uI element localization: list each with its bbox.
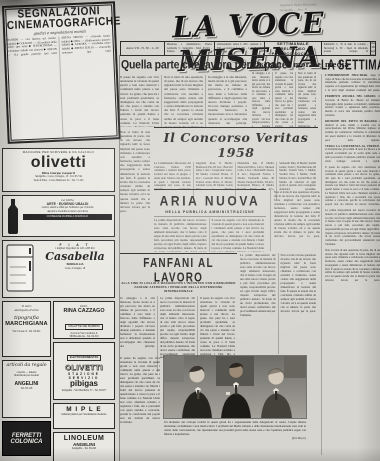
settimana-extra: Le prime disposizioni del nuovo Governo … bbox=[325, 209, 380, 246]
elettro-address: Senigallia - Via Marchetti, 57 - Tel. 63… bbox=[56, 389, 112, 393]
settimana-text: si moltiplicano gli scambi di note fra M… bbox=[325, 148, 380, 162]
marchigiana-name: MARCHIGIANA bbox=[5, 321, 48, 327]
sidebar-ads: SEGNALAZIONI CINEMATOGRAFICHE giudizi e … bbox=[2, 6, 117, 461]
advertising-info: Pubblicità: L. 35 al mm. di colonna - Ne… bbox=[322, 42, 371, 55]
pibigas-brand: pibigas bbox=[56, 380, 112, 389]
main-area: Segreteria Opera Diocesana Senigallia — … bbox=[120, 0, 378, 461]
article-pace-continuation: Non si tratta di una questione di parte,… bbox=[120, 130, 150, 250]
administration-info: Direzione e Amministraz.: Piazza Garibal… bbox=[165, 42, 215, 55]
cazzago-line-2: SENIGALLIA - Tel. 62.310 bbox=[56, 335, 112, 339]
aria-subtitle: NELLA PUBBLICA AMMINISTRAZIONE bbox=[154, 210, 266, 214]
article-osceno-col: In omaggio a sì alta missione, molta str… bbox=[252, 72, 272, 127]
marchigiana-line-2: stampato d'arte bbox=[5, 308, 48, 312]
elettro-header: ELETTRODOMESTICI bbox=[67, 355, 102, 361]
bottom-left-column: Il paese ha seguito con viva attenzione … bbox=[120, 356, 160, 455]
mid-columns: Le prime disposizioni del nuovo Governo … bbox=[240, 253, 318, 354]
sidebar-lower: Il vero stampato d'arte tipografia MARCH… bbox=[2, 301, 117, 461]
settimana-item: FERMENTI ANCORA NEL LIBANO. il Governo d… bbox=[325, 95, 380, 117]
regalo-line-3: biancheria per neonati bbox=[5, 374, 48, 378]
settimana-item: L'INSURREZIONE NELL'IRAK. dopo il colpo … bbox=[325, 74, 380, 93]
article-osceno-col: Il paese ha seguito con viva attenzione … bbox=[272, 72, 295, 127]
regalo-address: Tel. 63.118 bbox=[5, 387, 48, 391]
settimana-text: il Governo di Beirut ha chiesto ed otten… bbox=[325, 95, 380, 117]
ferretti-line-2: COLONICA bbox=[5, 439, 48, 445]
aria-col: Il paese ha seguito con viva attenzione … bbox=[209, 218, 267, 252]
settimana-item: VERSO LA CONFERENZA AL VERTICE. si molti… bbox=[325, 145, 380, 164]
settimana-item: RIUNIONE DEL PATTO DI BAGDAD. i ministri… bbox=[325, 120, 380, 142]
cinema-list-col: ARENA SPAZIO — «Giovani leoni» (adulti) … bbox=[58, 34, 116, 138]
newspaper-page: SEGNALAZIONI CINEMATOGRAFICHE giudizi e … bbox=[0, 0, 380, 461]
miple-line: laminati plastici per l'arredamento mode… bbox=[56, 413, 112, 417]
photo bbox=[164, 356, 306, 418]
article-osceno-col: Non si tratta di una questione di parte,… bbox=[295, 72, 318, 127]
linoleum-address: Senigallia - Tel. 63.245 bbox=[56, 447, 112, 451]
cazzago-specialty: MALATTIE DEI BAMBINI bbox=[65, 324, 102, 330]
article-pace-col: Non si tratta di una questione di parte,… bbox=[161, 75, 205, 127]
article-pace-columns: Il paese ha seguito con viva attenzione … bbox=[120, 75, 249, 127]
regalo-line-1: articoli da regalo bbox=[5, 363, 48, 369]
issue-date: Sabato 26 Luglio 1958 bbox=[371, 42, 376, 55]
issue-number: Anno VII - N. 30 - L. 20 bbox=[120, 42, 165, 55]
cinema-list-col: ROSSINI — «La finestra sul cortile» (adu… bbox=[7, 37, 62, 141]
settimana-lead: L'INSURREZIONE NELL'IRAK. bbox=[325, 74, 368, 77]
aria-col: Le prime disposizioni del nuovo Governo … bbox=[154, 218, 209, 252]
settimana-text: i ministri si sono riuniti a Londra con … bbox=[325, 120, 380, 142]
mid-col: Le prime disposizioni del nuovo Governo … bbox=[240, 253, 278, 354]
ad-miple: M I P L E laminati plastici per l'arreda… bbox=[53, 403, 115, 429]
veritas-title: Il Concorso Veritas 1958 bbox=[154, 128, 318, 162]
ad-rina-cazzago: Dott. RINA CAZZAGO MALATTIE DEI BAMBINI … bbox=[53, 301, 115, 339]
article-osceno-columns: In omaggio a sì alta missione, molta str… bbox=[252, 72, 318, 127]
subscription-info: Abbonamenti: annuo L. 600 - semestr. L. … bbox=[215, 42, 265, 55]
fanfani-block: FANFANI AL LAVORO ALLA FINE DI LUGLIO A … bbox=[120, 253, 237, 372]
settimana-extra: Il paese ha seguito con viva attenzione … bbox=[325, 166, 380, 207]
article-pace-col: In omaggio a sì alta missione, molta str… bbox=[205, 75, 249, 127]
aria-title: ARIA NUOVA bbox=[154, 190, 266, 209]
settimana-lead: VERSO LA CONFERENZA AL VERTICE. bbox=[325, 145, 380, 148]
settimana-column: L'INSURREZIONE NELL'IRAK. dopo il colpo … bbox=[321, 74, 380, 455]
aria-side-column: Non si tratta di una questione di parte,… bbox=[270, 190, 320, 251]
olivetti-brand: olivetti bbox=[5, 155, 112, 171]
ad-linoleum: LINOLEUM ANGELINI Senigallia - Tel. 63.2… bbox=[53, 432, 115, 461]
ad-ferretti: FERRETTI COLONICA bbox=[2, 421, 51, 456]
ad-tipografia-marchigiana: Il vero stampato d'arte tipografia MARCH… bbox=[2, 301, 51, 357]
masthead-infobar: Anno VII - N. 30 - L. 20 Direzione e Amm… bbox=[120, 41, 376, 56]
mid-col: Non si tratta di una questione di parte,… bbox=[278, 253, 319, 354]
casabella-address: Corso 2 Giugno, 18 bbox=[38, 267, 112, 271]
ad-articoli-regalo: articoli da regalo corredi — lanerie bia… bbox=[2, 360, 51, 418]
ad-elettrodomestici: ELETTRODOMESTICI OLIVETTI STAZIONE SERVI… bbox=[53, 342, 115, 400]
tagline-box: SETTIMANALE RELIGIOSO POLITICO SOCIALE bbox=[265, 42, 322, 55]
photo-figures bbox=[164, 356, 306, 418]
photo-caption-block: Un momento dei colloqui svoltisi in ques… bbox=[164, 421, 306, 440]
article-pace-col: Il paese ha seguito con viva attenzione … bbox=[120, 75, 161, 127]
settimana-lead: FERMENTI ANCORA NEL LIBANO. bbox=[325, 95, 376, 98]
linoleum-name: LINOLEUM bbox=[56, 435, 112, 442]
ad-arte-ubaldi: La Ditta ARTE · EUGENIO UBALDI vernici, … bbox=[2, 195, 115, 237]
tagline-1: SETTIMANALE RELIGIOSO bbox=[267, 42, 319, 51]
fanfani-subtitle-2: FANFANI AFFRONTA I PROBLEMI DELLA DISTEN… bbox=[120, 286, 237, 294]
arte-line-2: depositi e rivendite in tutta la provinc… bbox=[23, 210, 112, 214]
photo-credit: (foto Meyer) bbox=[164, 437, 306, 440]
bottle-icon bbox=[5, 198, 21, 234]
headline-settimana: LA SETTIMANA bbox=[321, 58, 380, 74]
ad-fiat-casabella: F I A T i migliori frigoriferi da 120 a … bbox=[2, 240, 115, 298]
settimana-lead: RIUNIONE DEL PATTO DI BAGDAD. bbox=[325, 120, 377, 123]
arte-bar: CONSEGNE RAPIDE A DOMICILIO bbox=[23, 214, 112, 220]
ad-olivetti: MACCHINE PER SCRIVERE E DA CALCOLO olive… bbox=[2, 148, 115, 192]
tagline-2: POLITICO SOCIALE bbox=[267, 51, 319, 55]
cazzago-name: RINA CAZZAGO bbox=[56, 308, 112, 314]
fanfani-title: FANFANI AL LAVORO bbox=[120, 254, 237, 285]
settimana-extra: Non si tratta di una questione di parte,… bbox=[325, 249, 380, 282]
refrigerator-icon bbox=[5, 243, 35, 293]
aria-nuova-block: ARIA NUOVA NELLA PUBBLICA AMMINISTRAZION… bbox=[154, 189, 266, 252]
marchigiana-address: Via Cavour, 8 - Tel. 63.021 bbox=[5, 330, 48, 334]
ad-cinema-listings: SEGNALAZIONI CINEMATOGRAFICHE giudizi e … bbox=[2, 1, 121, 144]
miple-name: M I P L E bbox=[56, 406, 112, 413]
photo-caption: Un momento dei colloqui svoltisi in ques… bbox=[164, 421, 306, 437]
olivetti-address-2: Sede di Fano - Corso Matteotti, 41 - Tel… bbox=[5, 179, 112, 183]
elettro-brand: OLIVETTI bbox=[56, 363, 112, 372]
